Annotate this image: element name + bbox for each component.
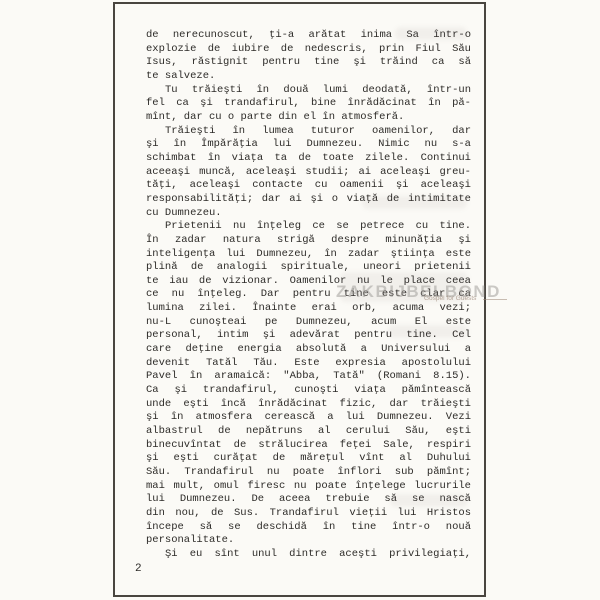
text-line: Trăieşti în lumea tuturor oamenilor, dar [146, 125, 471, 139]
text-line: nu-L cunoşteai pe Dumnezeu, acum El este [146, 316, 471, 330]
text-line: cu Dumnezeu. [146, 207, 471, 221]
text-line: şi în Împărăţia lui Dumnezeu. Nimic nu s… [146, 138, 471, 152]
watermark-subtitle: Gospel for Guests [424, 295, 476, 302]
text-line: explozie de iubire de nedescris, prin Fi… [146, 43, 471, 57]
text-line: albastrul de nepătruns al cerului Său, e… [146, 425, 471, 439]
text-line: personal, intim şi adevărat pentru tine.… [146, 329, 471, 343]
text-line: aceeaşi muncă, aceleaşi studii; ai acele… [146, 166, 471, 180]
text-line: Isus, răstignit pentru tine şi trăind ca… [146, 56, 471, 70]
text-line: lui Dumnezeu. De aceea trebuie să se nas… [146, 493, 471, 507]
text-line: binecuvîntat de strălucirea feţei Sale, … [146, 439, 471, 453]
text-line: şi în atmosfera cerească a lui Dumnezeu.… [146, 411, 471, 425]
text-line: care deţine energia absolută a Universul… [146, 343, 471, 357]
watermark-rule [483, 299, 507, 300]
text-line: responsabilităţi; dar ai şi o viaţă de i… [146, 193, 471, 207]
text-line: personalitate. [146, 534, 471, 548]
text-line: lumina zilei. Înainte erai orb, acuma ve… [146, 302, 471, 316]
text-line: fel ca şi trandafirul, bine înrădăcinat … [146, 97, 471, 111]
text-line: mînt, dar cu o parte din el în atmosferă… [146, 111, 471, 125]
text-line: În zadar natura strigă despre minunăţia … [146, 234, 471, 248]
text-line: mai mult, omul firesc nu poate înţelege … [146, 480, 471, 494]
text-line: plină de analogii spirituale, uneori pri… [146, 261, 471, 275]
page-number: 2 [135, 563, 142, 575]
text-line: Ca şi trandafirul, cunoşti viaţa pămînte… [146, 384, 471, 398]
text-line: devenit Tatăl Tău. Este expresia apostol… [146, 357, 471, 371]
text-line: Pavel în aramaică: "Abba, Tată" (Romani … [146, 370, 471, 384]
text-line: şi eşti curăţat de măreţul vînt al Duhul… [146, 452, 471, 466]
text-line: schimbat în viaţa ta de toate zilele. Co… [146, 152, 471, 166]
text-line: din nou, de Sus. Trandafirul vieţii lui … [146, 507, 471, 521]
scanned-book-page: de nerecunoscut, ţi-a arătat inima Sa în… [0, 0, 600, 600]
text-line: Său. Trandafirul nu poate înflori sub pă… [146, 466, 471, 480]
text-line: inteligenţa lui Dumnezeu, în zadar ştiin… [146, 248, 471, 262]
text-line: tăţi, aceleaşi contacte cu oamenii şi ac… [146, 179, 471, 193]
text-line: începe să se deschidă în tine într-o nou… [146, 521, 471, 535]
text-line: de nerecunoscut, ţi-a arătat inima Sa în… [146, 29, 471, 43]
text-line: Prietenii nu înţeleg ce se petrece cu ti… [146, 220, 471, 234]
text-line: te salveze. [146, 70, 471, 84]
text-line: unde eşti încă înrădăcinat fizic, dar tr… [146, 398, 471, 412]
text-line: Şi eu sînt unul dintre aceşti privilegia… [146, 548, 471, 562]
text-line: Tu trăieşti în două lumi deodată, într-u… [146, 84, 471, 98]
